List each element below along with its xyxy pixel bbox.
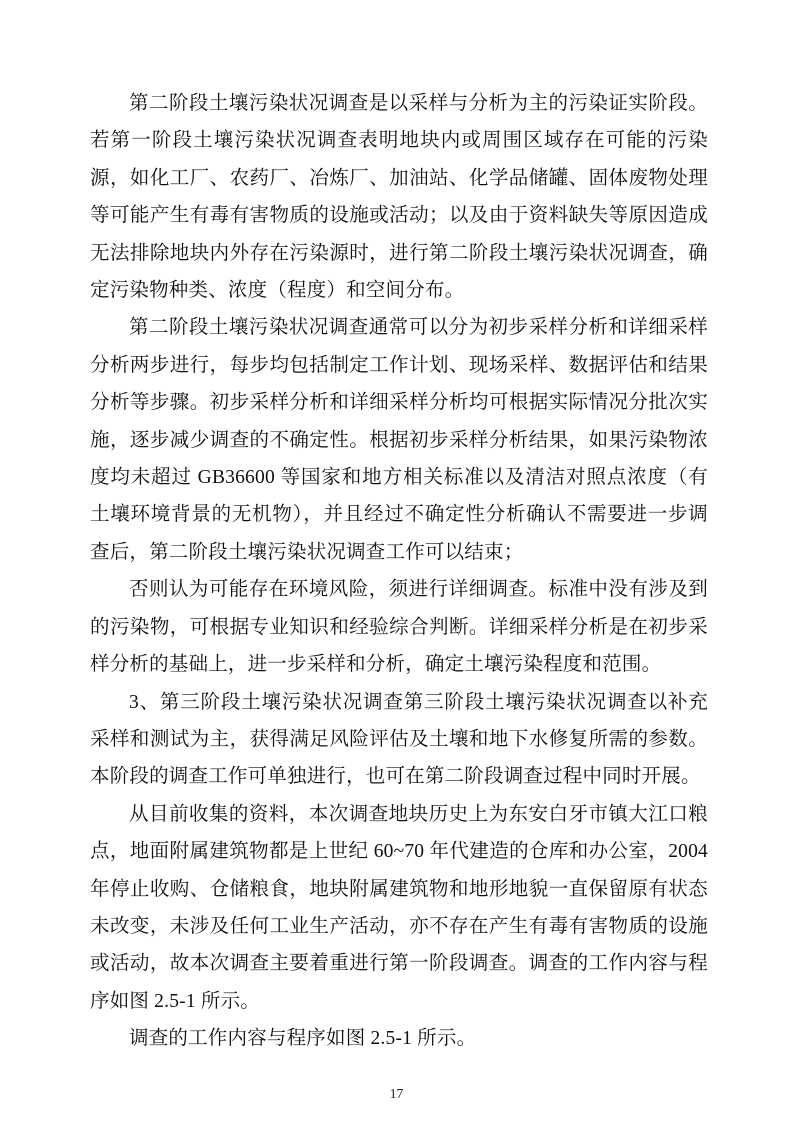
- paragraph-phase2-intro: 第二阶段土壤污染状况调查是以采样与分析为主的污染证实阶段。若第一阶段土壤污染状况…: [90, 85, 708, 309]
- paragraph-detailed-survey: 否则认为可能存在环境风险，须进行详细调查。标准中没有涉及到的污染物，可根据专业知…: [90, 571, 708, 683]
- paragraph-phase3: 3、第三阶段土壤污染状况调查第三阶段土壤污染状况调查以补充采样和测试为主，获得满…: [90, 684, 708, 796]
- document-page: 第二阶段土壤污染状况调查是以采样与分析为主的污染证实阶段。若第一阶段土壤污染状况…: [0, 0, 793, 1122]
- paragraph-figure-reference: 调查的工作内容与程序如图 2.5-1 所示。: [90, 1020, 708, 1057]
- text-body: 第二阶段土壤污染状况调查是以采样与分析为主的污染证实阶段。若第一阶段土壤污染状况…: [90, 85, 708, 1058]
- page-number: 17: [0, 1086, 793, 1102]
- paragraph-phase2-steps: 第二阶段土壤污染状况调查通常可以分为初步采样分析和详细采样分析两步进行，每步均包…: [90, 309, 708, 571]
- paragraph-site-history: 从目前收集的资料，本次调查地块历史上为东安白牙市镇大江口粮点，地面附属建筑物都是…: [90, 796, 708, 1020]
